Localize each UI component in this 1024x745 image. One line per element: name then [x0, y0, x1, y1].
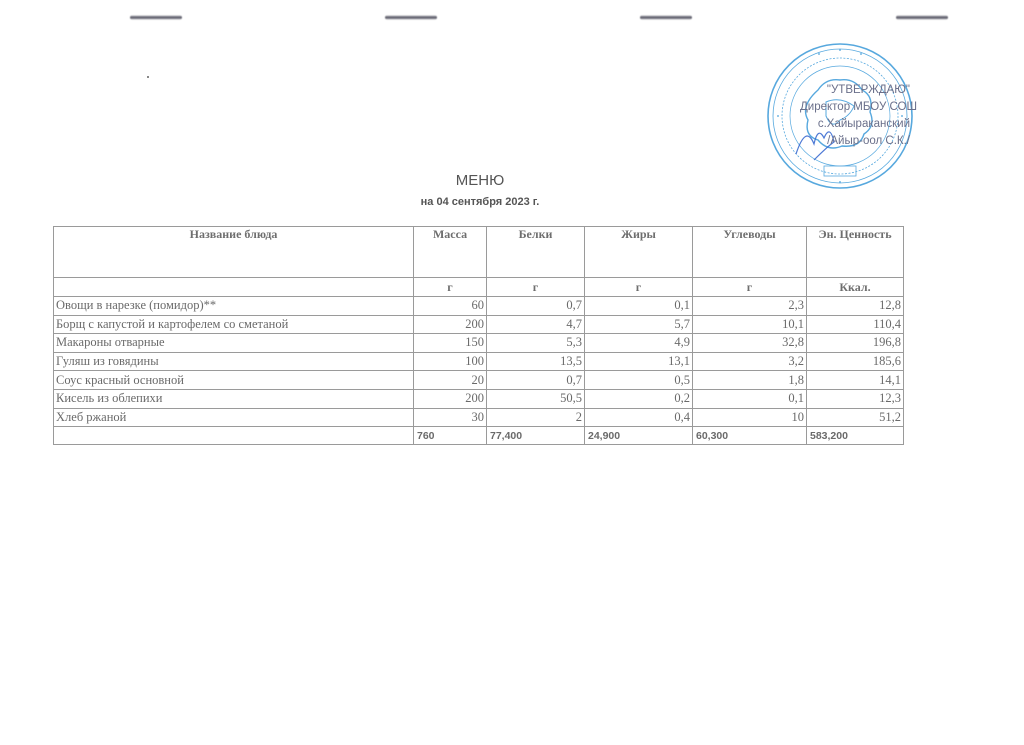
cell-mass: 20 — [414, 371, 487, 390]
cell-carbs: 1,8 — [693, 371, 807, 390]
cell-mass: 100 — [414, 352, 487, 371]
cell-carbs: 10 — [693, 408, 807, 427]
scan-mark — [130, 15, 182, 20]
table-row: Борщ с капустой и картофелем со сметаной… — [54, 315, 904, 334]
column-header-name: Название блюда — [54, 227, 414, 278]
cell-mass: 30 — [414, 408, 487, 427]
scan-dot — [147, 76, 149, 78]
cell-fat: 0,5 — [585, 371, 693, 390]
total-carbs: 60,300 — [693, 427, 807, 445]
header-row: Название блюда Масса Белки Жиры Углеводы… — [54, 227, 904, 278]
cell-mass: 200 — [414, 315, 487, 334]
cell-name: Овощи в нарезке (помидор)** — [54, 297, 414, 316]
totals-row: 760 77,400 24,900 60,300 583,200 — [54, 427, 904, 445]
column-header-protein: Белки — [487, 227, 585, 278]
approval-line: Директор МБОУ СОШ — [800, 99, 910, 116]
column-header-carbs: Углеводы — [693, 227, 807, 278]
cell-carbs: 32,8 — [693, 334, 807, 353]
cell-carbs: 0,1 — [693, 389, 807, 408]
total-mass: 760 — [414, 427, 487, 445]
cell-protein: 0,7 — [487, 297, 585, 316]
unit-row: г г г г Ккал. — [54, 278, 904, 297]
cell-carbs: 3,2 — [693, 352, 807, 371]
cell-name: Хлеб ржаной — [54, 408, 414, 427]
cell-mass: 150 — [414, 334, 487, 353]
total-name — [54, 427, 414, 445]
document-date: на 04 сентября 2023 г. — [0, 196, 960, 208]
approval-line: /Айыр-оол С.К./ — [800, 133, 910, 150]
cell-energy: 196,8 — [807, 334, 904, 353]
table-row: Гуляш из говядины10013,513,13,2185,6 — [54, 352, 904, 371]
unit-mass: г — [414, 278, 487, 297]
cell-mass: 60 — [414, 297, 487, 316]
cell-name: Соус красный основной — [54, 371, 414, 390]
cell-name: Борщ с капустой и картофелем со сметаной — [54, 315, 414, 334]
cell-energy: 14,1 — [807, 371, 904, 390]
column-header-energy: Эн. Ценность — [807, 227, 904, 278]
cell-energy: 185,6 — [807, 352, 904, 371]
table-row: Кисель из облепихи20050,50,20,112,3 — [54, 389, 904, 408]
unit-energy: Ккал. — [807, 278, 904, 297]
table-row: Хлеб ржаной3020,41051,2 — [54, 408, 904, 427]
cell-fat: 13,1 — [585, 352, 693, 371]
cell-fat: 0,1 — [585, 297, 693, 316]
total-energy: 583,200 — [807, 427, 904, 445]
cell-energy: 51,2 — [807, 408, 904, 427]
menu-table: Название блюда Масса Белки Жиры Углеводы… — [53, 226, 904, 445]
approval-line: с.Хайыраканский — [800, 116, 910, 133]
cell-fat: 5,7 — [585, 315, 693, 334]
cell-protein: 4,7 — [487, 315, 585, 334]
cell-mass: 200 — [414, 389, 487, 408]
unit-carbs: г — [693, 278, 807, 297]
unit-protein: г — [487, 278, 585, 297]
table-row: Овощи в нарезке (помидор)**600,70,12,312… — [54, 297, 904, 316]
cell-fat: 0,2 — [585, 389, 693, 408]
unit-fat: г — [585, 278, 693, 297]
cell-carbs: 10,1 — [693, 315, 807, 334]
cell-name: Кисель из облепихи — [54, 389, 414, 408]
cell-energy: 12,3 — [807, 389, 904, 408]
cell-protein: 50,5 — [487, 389, 585, 408]
cell-name: Макароны отварные — [54, 334, 414, 353]
cell-protein: 5,3 — [487, 334, 585, 353]
total-protein: 77,400 — [487, 427, 585, 445]
unit-name — [54, 278, 414, 297]
column-header-mass: Масса — [414, 227, 487, 278]
scan-mark — [640, 15, 692, 20]
cell-fat: 4,9 — [585, 334, 693, 353]
scan-mark — [385, 15, 437, 20]
approval-line: "УТВЕРЖДАЮ" — [800, 82, 910, 99]
document-title: МЕНЮ — [0, 172, 960, 189]
scan-mark — [896, 15, 948, 20]
cell-name: Гуляш из говядины — [54, 352, 414, 371]
cell-energy: 110,4 — [807, 315, 904, 334]
table-row: Соус красный основной200,70,51,814,1 — [54, 371, 904, 390]
approval-block: "УТВЕРЖДАЮ" Директор МБОУ СОШ с.Хайырака… — [800, 82, 910, 150]
table-row: Макароны отварные1505,34,932,8196,8 — [54, 334, 904, 353]
cell-energy: 12,8 — [807, 297, 904, 316]
cell-protein: 13,5 — [487, 352, 585, 371]
total-fat: 24,900 — [585, 427, 693, 445]
cell-carbs: 2,3 — [693, 297, 807, 316]
column-header-fat: Жиры — [585, 227, 693, 278]
cell-protein: 2 — [487, 408, 585, 427]
cell-protein: 0,7 — [487, 371, 585, 390]
cell-fat: 0,4 — [585, 408, 693, 427]
